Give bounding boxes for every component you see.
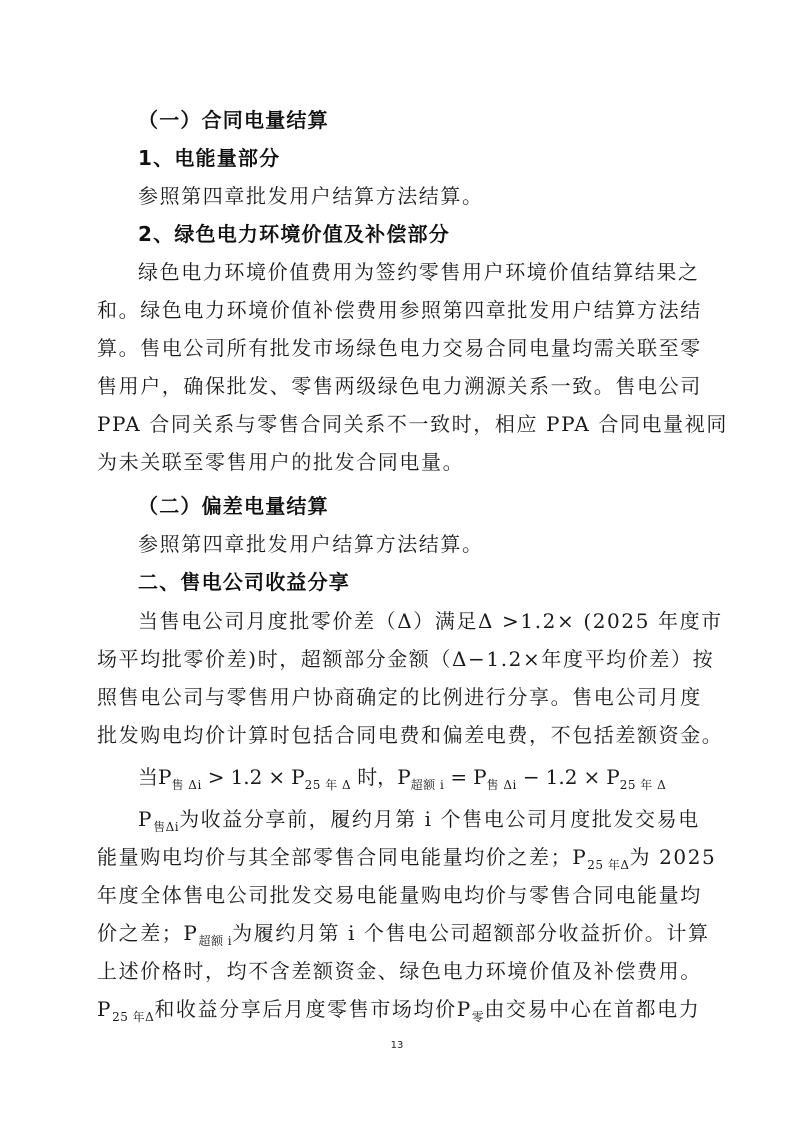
- def-text: 和收益分享后月度零售市场均价: [154, 997, 456, 1021]
- section-heading-revenue-sharing: 二、售电公司收益分享: [138, 568, 698, 596]
- def-text: 由交易中心在首都电力: [484, 997, 700, 1021]
- paragraph-green-line-3: 算。售电公司所有批发市场绿色电力交易合同电量均需关联至零: [97, 334, 699, 362]
- def-sub-retail: 零: [472, 1010, 485, 1024]
- formula-times-2: ×: [583, 765, 600, 789]
- formula-sub-sale-delta-i-2: 售 Δi: [487, 778, 517, 792]
- formula-sub-25-year-delta-2: 25 年 Δ: [620, 778, 667, 792]
- formula-var-p-excess: P: [397, 765, 410, 789]
- paragraph-energy: 参照第四章批发用户结算方法结算。: [138, 182, 698, 210]
- paragraph-deviation: 参照第四章批发用户结算方法结算。: [138, 530, 698, 558]
- paragraph-sharing-line-1: 当售电公司月度批零价差（Δ）满足Δ >1.2× (2025 年度市: [138, 607, 698, 635]
- formula-minus: −: [523, 765, 540, 789]
- subheading-green-power: 2、绿色电力环境价值及补偿部分: [138, 220, 698, 248]
- formula-coef-2: 1.2: [546, 765, 578, 789]
- definition-line-3: 年度全体售电公司批发交易电能量购电均价与零售合同电能量均: [97, 881, 699, 909]
- paragraph-green-line-1: 绿色电力环境价值费用为签约零售用户环境价值结算结果之: [138, 258, 698, 286]
- def-var-p: P: [572, 845, 587, 869]
- paragraph-sharing-line-4: 批发购电均价计算时包括合同电费和偏差电费，不包括差额资金。: [97, 721, 699, 749]
- paragraph-green-line-6: 为未关联至零售用户的批发合同电量。: [97, 448, 699, 476]
- def-var-p-retail: P: [457, 997, 472, 1021]
- formula-mid: 时，: [357, 765, 397, 789]
- def-text: 为 2025: [630, 845, 717, 869]
- def-sub-sale-delta-i: 售Δi: [153, 820, 179, 834]
- formula-var-p-25-2: P: [606, 765, 619, 789]
- section-heading-contract-settlement: （一）合同电量结算: [138, 106, 698, 134]
- formula-times: ×: [268, 765, 285, 789]
- subheading-energy-part: 1、电能量部分: [138, 144, 698, 172]
- formula-sub-sale-delta-i: 售 Δi: [171, 778, 201, 792]
- def-sub-25-year-delta: 25 年Δ: [112, 1010, 154, 1024]
- paragraph-green-line-4: 售用户，确保批发、零售两级绿色电力溯源关系一致。售电公司: [97, 372, 699, 400]
- def-text: 价之差；: [97, 921, 183, 945]
- formula-var-p-sale: P: [158, 765, 171, 789]
- formula-sub-excess-i: 超额 i: [411, 778, 445, 792]
- definition-line-2: 能量购电均价与其全部零售合同电能量均价之差；P25 年Δ为 2025: [97, 843, 699, 879]
- document-page: （一）合同电量结算 1、电能量部分 参照第四章批发用户结算方法结算。 2、绿色电…: [0, 0, 794, 1123]
- definition-line-5: 上述价格时，均不含差额资金、绿色电力环境价值及补偿费用。: [97, 957, 699, 985]
- formula-gt: >: [208, 765, 225, 789]
- def-sub-25-year-delta: 25 年Δ: [587, 858, 629, 872]
- page-number: 13: [0, 1040, 794, 1051]
- formula-excess-price: 当P售 Δi>1.2×P25 年 Δ时，P超额 i=P售 Δi−1.2×P25 …: [138, 763, 698, 799]
- def-sub-excess-i: 超额 i: [198, 934, 232, 948]
- def-text: 能量购电均价与其全部零售合同电能量均价之差；: [97, 845, 572, 869]
- formula-coef: 1.2: [231, 765, 263, 789]
- def-var-p: P: [97, 997, 112, 1021]
- definition-line-4: 价之差；P超额 i为履约月第 i 个售电公司超额部分收益折价。计算: [97, 919, 699, 955]
- paragraph-green-line-5: PPA 合同关系与零售合同关系不一致时，相应 PPA 合同电量视同: [97, 410, 699, 438]
- paragraph-sharing-line-2: 场平均批零价差)时，超额部分金额（Δ−1.2×年度平均价差）按: [97, 645, 699, 673]
- formula-prefix: 当: [138, 765, 158, 789]
- def-var-p: P: [183, 921, 198, 945]
- paragraph-green-line-2: 和。绿色电力环境价值补偿费用参照第四章批发用户结算方法结: [97, 296, 699, 324]
- formula-sub-25-year-delta: 25 年 Δ: [305, 778, 352, 792]
- paragraph-sharing-line-3: 照售电公司与零售用户协商确定的比例进行分享。售电公司月度: [97, 683, 699, 711]
- def-text: 为收益分享前，履约月第 i 个售电公司月度批发交易电: [179, 807, 700, 831]
- formula-var-p-sale-2: P: [473, 765, 486, 789]
- def-text: 为履约月第 i 个售电公司超额部分收益折价。计算: [232, 921, 710, 945]
- formula-eq: =: [450, 765, 467, 789]
- definition-line-1: P售Δi为收益分享前，履约月第 i 个售电公司月度批发交易电: [138, 805, 698, 841]
- section-heading-deviation-settlement: （二）偏差电量结算: [138, 492, 698, 520]
- formula-var-p-25: P: [291, 765, 304, 789]
- definition-line-6: P25 年Δ和收益分享后月度零售市场均价P零由交易中心在首都电力: [97, 995, 699, 1031]
- def-var-p: P: [138, 807, 153, 831]
